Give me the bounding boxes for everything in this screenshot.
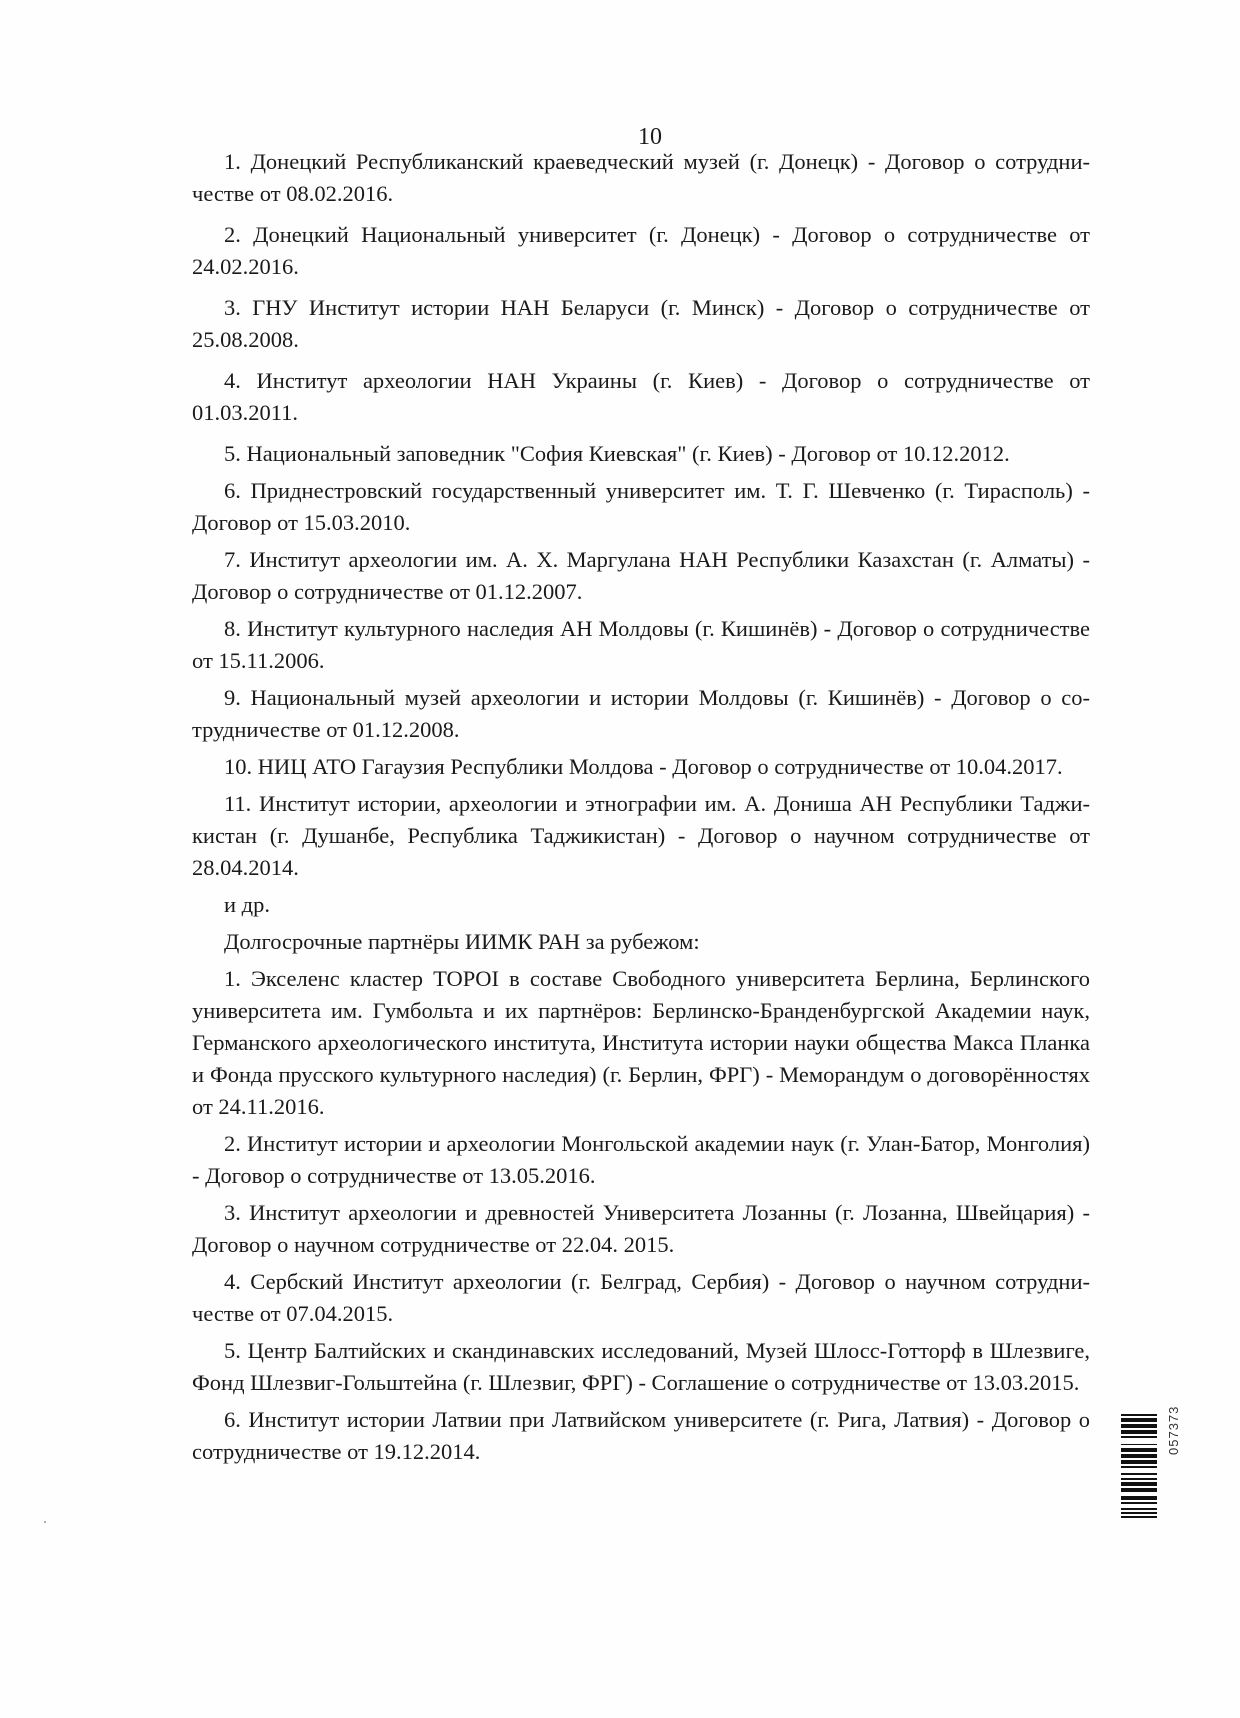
- barcode-bar: [1121, 1508, 1157, 1510]
- list-item: 10. НИЦ АТО Гагаузия Республики Молдова …: [192, 751, 1090, 783]
- barcode-bar: [1121, 1418, 1157, 1422]
- barcode: [1121, 1414, 1157, 1520]
- list-item: 3. ГНУ Институт истории НАН Беларуси (г.…: [192, 292, 1090, 356]
- foreign-partners-list: 1. Экселенс кластер TOPOI в составе Своб…: [192, 963, 1090, 1468]
- scan-speck: [44, 1521, 46, 1523]
- barcode-bar: [1121, 1473, 1157, 1475]
- barcode-bar: [1121, 1448, 1157, 1452]
- list-item: 5. Центр Балтийских и скандинавских иссл…: [192, 1335, 1090, 1399]
- list-item: 2. Институт истории и археологии Монголь…: [192, 1128, 1090, 1192]
- domestic-partners-list: 1. Донецкий Республиканский краеведчески…: [192, 146, 1090, 884]
- list-item: 6. Приднестровский государственный униве…: [192, 475, 1090, 539]
- list-item: 5. Национальный заповедник "София Киевск…: [192, 438, 1090, 470]
- barcode-bar: [1121, 1430, 1157, 1434]
- barcode-bar: [1121, 1512, 1157, 1514]
- barcode-bar: [1121, 1460, 1157, 1464]
- list-item: 4. Институт археологии НАН Украины (г. К…: [192, 365, 1090, 429]
- barcode-bar: [1121, 1482, 1157, 1486]
- barcode-bar: [1121, 1488, 1157, 1492]
- foreign-partners-heading: Долгосрочные партнёры ИИМК РАН за рубежо…: [192, 926, 1090, 958]
- barcode-number: 057373: [1166, 1406, 1181, 1455]
- document-body: 1. Донецкий Республиканский краеведчески…: [192, 146, 1090, 1473]
- list-item: 1. Донецкий Республиканский краеведчески…: [192, 146, 1090, 210]
- list-item: 7. Институт археологии им. А. Х. Маргула…: [192, 544, 1090, 608]
- list-item: 1. Экселенс кластер TOPOI в составе Своб…: [192, 963, 1090, 1123]
- list-item: 4. Сербский Институт археологии (г. Белг…: [192, 1266, 1090, 1330]
- barcode-bar: [1121, 1444, 1157, 1445]
- list-item: 8. Институт культурного наследия АН Молд…: [192, 613, 1090, 677]
- barcode-bar: [1121, 1454, 1157, 1458]
- etc-label: и др.: [192, 889, 1090, 921]
- barcode-bar: [1121, 1414, 1157, 1416]
- barcode-bar: [1121, 1436, 1157, 1438]
- barcode-bar: [1121, 1496, 1157, 1500]
- barcode-bar: [1121, 1466, 1157, 1468]
- list-item: 11. Институт истории, археологии и этног…: [192, 788, 1090, 884]
- list-item: 3. Институт археологии и древностей Унив…: [192, 1197, 1090, 1261]
- barcode-bar: [1121, 1424, 1157, 1428]
- list-item: 6. Институт истории Латвии при Латвийско…: [192, 1404, 1090, 1468]
- barcode-bar: [1121, 1478, 1157, 1480]
- barcode-bar: [1121, 1502, 1157, 1504]
- document-page: 10 1. Донецкий Республиканский краеведче…: [0, 0, 1240, 1718]
- list-item: 9. Национальный музей археологии и истор…: [192, 682, 1090, 746]
- list-item: 2. Донецкий Национальный университет (г.…: [192, 219, 1090, 283]
- barcode-bar: [1121, 1516, 1157, 1518]
